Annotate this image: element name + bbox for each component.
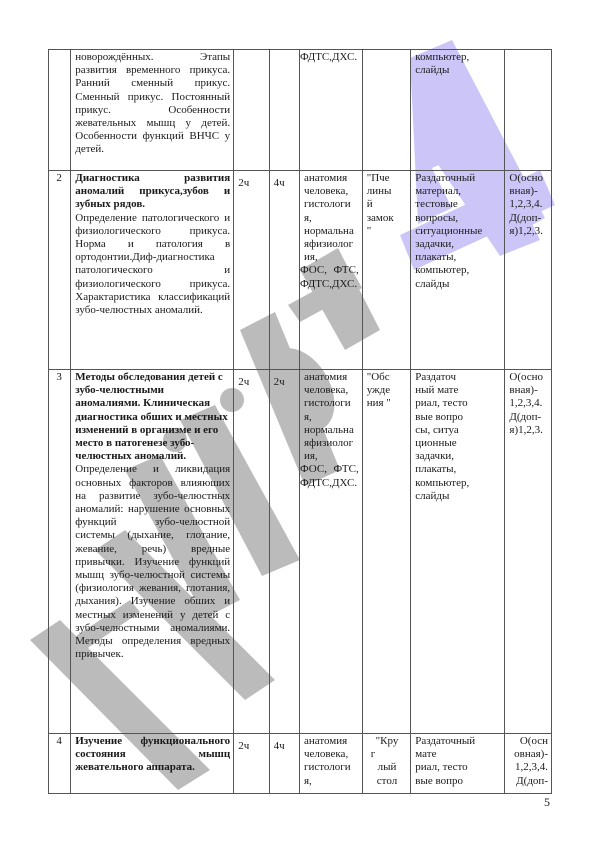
literature <box>505 50 552 171</box>
interdisciplinary-line: анатомия <box>304 735 359 748</box>
table-row: 2 Диагностика развития аномалий прикуса,… <box>49 171 552 370</box>
interdisciplinary-links: ФДТС,ДХС. <box>299 50 362 171</box>
materials-line: плакаты, <box>415 463 501 476</box>
table-row: 3 Методы обследования детей с зубо-челюс… <box>49 370 552 734</box>
interdisciplinary-links: анатомия человека, гистологи я, нормальн… <box>299 171 362 370</box>
literature-line: овная)- <box>509 748 548 761</box>
topic-cell: Методы обследования детей с зубо-челюстн… <box>71 370 234 734</box>
row-number: 3 <box>49 370 71 734</box>
topic-description: Определение и ликвидация основных фактор… <box>75 463 230 661</box>
interdisciplinary-line: ФДТС,ДХС. <box>300 477 359 490</box>
interdisciplinary-line: ФДТС,ДХС. <box>300 51 359 64</box>
form-line: "Пче <box>367 172 408 185</box>
interdisciplinary-line: человека, <box>304 748 359 761</box>
interdisciplinary-line: яфизиолог <box>304 238 359 251</box>
literature: О(осно вная)- 1,2,3,4. Д(доп- я)1,2,3. <box>505 171 552 370</box>
literature-line: вная)- <box>509 185 548 198</box>
materials-line: задачки, <box>415 450 501 463</box>
teaching-materials: Раздаточный мате риал, тесто вые вопро <box>411 734 505 794</box>
materials-line: материал, <box>415 185 501 198</box>
materials-line: компьютер, <box>415 477 501 490</box>
literature-line: Д(доп- <box>509 775 548 788</box>
materials-line: Раздаточный <box>415 172 501 185</box>
document-page: новорождённых. Этапы развития временного… <box>0 0 596 842</box>
row-number <box>49 50 71 171</box>
interdisciplinary-line: я, <box>304 775 359 788</box>
interdisciplinary-links: анатомия человека, гистологи я, <box>299 734 362 794</box>
practice-hours <box>269 50 299 171</box>
interdisciplinary-line: ФДТС,ДХС. <box>300 278 359 291</box>
materials-line: вопросы, <box>415 212 501 225</box>
interdisciplinary-links: анатомия человека, гистологи я, нормальн… <box>299 370 362 734</box>
interdisciplinary-line: ФОС, ФТС, <box>300 264 359 277</box>
form-line: ужде <box>367 384 408 397</box>
form-line: замок <box>367 212 408 225</box>
literature-line: 1,2,3,4. <box>509 198 548 211</box>
materials-line: слайды <box>415 64 501 77</box>
materials-line: вые вопро <box>415 775 501 788</box>
interdisciplinary-line: яфизиолог <box>304 437 359 450</box>
row-number: 4 <box>49 734 71 794</box>
literature-line: 1,2,3,4. <box>509 397 548 410</box>
literature-line: О(осн <box>509 735 548 748</box>
interdisciplinary-line: я, <box>304 411 359 424</box>
materials-line: ситуационные <box>415 225 501 238</box>
page-number: 5 <box>544 795 550 810</box>
literature-line: вная)- <box>509 384 548 397</box>
materials-line: задачки, <box>415 238 501 251</box>
topic-title: Изучение функционального состояния мышц … <box>75 735 230 775</box>
literature-line: я)1,2,3. <box>509 225 548 238</box>
materials-line: тестовые <box>415 198 501 211</box>
lecture-hours <box>234 50 269 171</box>
topic-description: новорождённых. Этапы развития временного… <box>75 51 230 157</box>
materials-line: слайды <box>415 278 501 291</box>
form-line: " <box>367 225 408 238</box>
teaching-form <box>362 50 411 171</box>
materials-line: риал, тесто <box>415 397 501 410</box>
interdisciplinary-line: анатомия <box>304 371 359 384</box>
form-line: г <box>367 748 408 761</box>
literature-line: О(осно <box>509 172 548 185</box>
form-line: "Обс <box>367 371 408 384</box>
materials-line: мате <box>415 748 501 761</box>
interdisciplinary-line: я, <box>304 212 359 225</box>
practice-hours: 4ч <box>269 734 299 794</box>
interdisciplinary-line: анатомия <box>304 172 359 185</box>
course-plan-table: новорождённых. Этапы развития временного… <box>48 49 552 794</box>
materials-line: Раздаточ <box>415 371 501 384</box>
literature-line: Д(доп- <box>509 212 548 225</box>
teaching-form: "Кру г лый стол <box>362 734 411 794</box>
materials-line: Раздаточный <box>415 735 501 748</box>
table-row: 4 Изучение функционального состояния мыш… <box>49 734 552 794</box>
lecture-hours: 2ч <box>234 171 269 370</box>
topic-description: Определение патологического и физиологич… <box>75 212 230 318</box>
interdisciplinary-line: ия, <box>304 251 359 264</box>
materials-line: ционные <box>415 437 501 450</box>
materials-line: компьютер, <box>415 264 501 277</box>
interdisciplinary-line: нормальна <box>304 424 359 437</box>
topic-cell: новорождённых. Этапы развития временного… <box>71 50 234 171</box>
lecture-hours: 2ч <box>234 370 269 734</box>
interdisciplinary-line: гистологи <box>304 397 359 410</box>
lecture-hours: 2ч <box>234 734 269 794</box>
literature-line: 1,2,3,4. <box>509 761 548 774</box>
table-row: новорождённых. Этапы развития временного… <box>49 50 552 171</box>
form-line: ния " <box>367 397 408 410</box>
practice-hours: 4ч <box>269 171 299 370</box>
literature-line: я)1,2,3. <box>509 424 548 437</box>
literature: О(осн овная)- 1,2,3,4. Д(доп- <box>505 734 552 794</box>
interdisciplinary-line: гистологи <box>304 761 359 774</box>
materials-line: плакаты, <box>415 251 501 264</box>
practice-hours: 2ч <box>269 370 299 734</box>
materials-line: вые вопро <box>415 411 501 424</box>
materials-line: ный мате <box>415 384 501 397</box>
teaching-materials: Раздаточ ный мате риал, тесто вые вопро … <box>411 370 505 734</box>
form-line: лый <box>367 761 408 774</box>
topic-title: Диагностика развития аномалий прикуса,зу… <box>75 172 230 212</box>
row-number: 2 <box>49 171 71 370</box>
materials-line: слайды <box>415 490 501 503</box>
form-line: й <box>367 198 408 211</box>
teaching-form: "Пче лины й замок " <box>362 171 411 370</box>
interdisciplinary-line: нормальна <box>304 225 359 238</box>
topic-title: Методы обследования детей с зубо-челюстн… <box>75 371 230 463</box>
materials-line: компьютер, <box>415 51 501 64</box>
literature-line: Д(доп- <box>509 411 548 424</box>
topic-cell: Изучение функционального состояния мышц … <box>71 734 234 794</box>
topic-cell: Диагностика развития аномалий прикуса,зу… <box>71 171 234 370</box>
materials-line: риал, тесто <box>415 761 501 774</box>
teaching-form: "Обс ужде ния " <box>362 370 411 734</box>
interdisciplinary-line: человека, <box>304 185 359 198</box>
form-line: стол <box>367 775 408 788</box>
form-line: лины <box>367 185 408 198</box>
form-line: "Кру <box>367 735 408 748</box>
teaching-materials: компьютер, слайды <box>411 50 505 171</box>
interdisciplinary-line: человека, <box>304 384 359 397</box>
literature-line: О(осно <box>509 371 548 384</box>
materials-line: сы, ситуа <box>415 424 501 437</box>
interdisciplinary-line: гистологи <box>304 198 359 211</box>
interdisciplinary-line: ия, <box>304 450 359 463</box>
teaching-materials: Раздаточный материал, тестовые вопросы, … <box>411 171 505 370</box>
interdisciplinary-line: ФОС, ФТС, <box>300 463 359 476</box>
literature: О(осно вная)- 1,2,3,4. Д(доп- я)1,2,3. <box>505 370 552 734</box>
